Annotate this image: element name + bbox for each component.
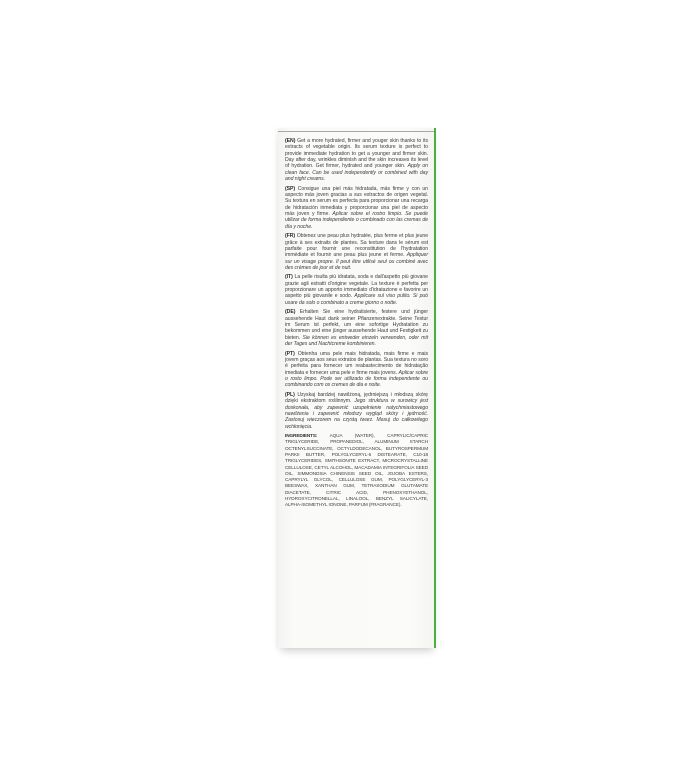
paragraph-sp: (SP) Consigue una piel más hidratada, má… bbox=[285, 186, 428, 230]
lang-code: (DE) bbox=[285, 309, 295, 315]
label-text-block: (EN) Get a more hydrated, firmer and you… bbox=[285, 138, 428, 512]
product-box-back-panel: (EN) Get a more hydrated, firmer and you… bbox=[278, 128, 436, 648]
ingredients-list: INGREDIENTS: AQUA (WATER), CAPRYLIC/CAPR… bbox=[285, 433, 428, 509]
usage-text: Sie können es entweder einzeln verwenden… bbox=[285, 335, 428, 347]
lang-code: (FR) bbox=[285, 233, 295, 239]
paragraph-pl: (PL) Uzyskaj bardziej nawilżoną, jędrnie… bbox=[285, 392, 428, 430]
paragraph-pt: (PT) Obtenha uma pele mais hidratada, ma… bbox=[285, 351, 428, 389]
green-accent-line bbox=[278, 131, 434, 132]
paragraph-de: (DE) Erhalten Sie eine hydratisierte, fe… bbox=[285, 309, 428, 347]
lang-code: (SP) bbox=[285, 186, 295, 192]
lang-code: (PT) bbox=[285, 351, 295, 357]
description-text: Get a more hydrated, firmer and youger s… bbox=[285, 138, 428, 169]
lang-code: (EN) bbox=[285, 138, 295, 144]
paragraph-it: (IT) La pelle risulta più idratata, soda… bbox=[285, 274, 428, 306]
paragraph-en: (EN) Get a more hydrated, firmer and you… bbox=[285, 138, 428, 182]
lang-code: (PL) bbox=[285, 392, 295, 398]
ingredients-text: AQUA (WATER), CAPRYLIC/CAPRIC TRIGLYCERI… bbox=[285, 433, 428, 507]
lang-code: (IT) bbox=[285, 274, 293, 280]
paragraph-fr: (FR) Obtenez une peau plus hydratée, plu… bbox=[285, 233, 428, 271]
ingredients-label: INGREDIENTS: bbox=[285, 433, 317, 438]
